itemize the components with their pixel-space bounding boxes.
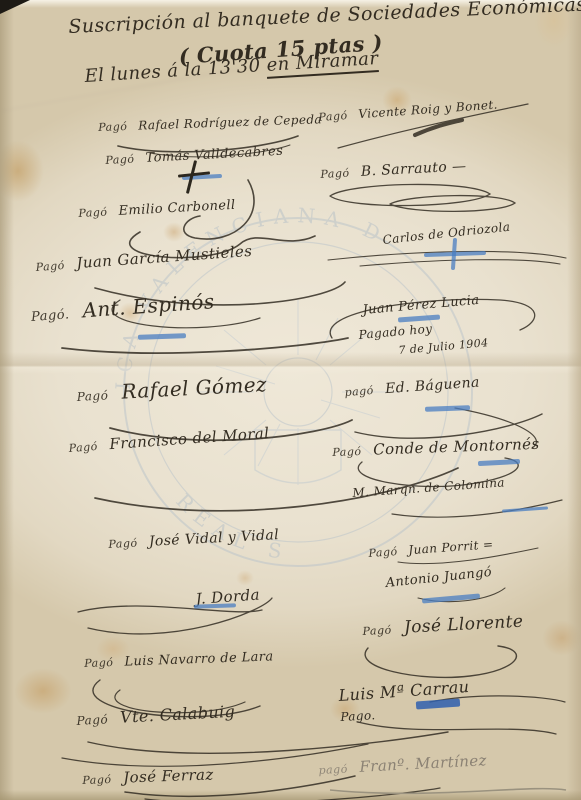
archive-ref-1: XX-63 bbox=[0, 289, 2, 330]
pago-label: Pagó bbox=[98, 120, 128, 134]
payment-note-carrau: Pago. bbox=[340, 708, 376, 724]
archive-margin-note: XX-63 C 293 bbox=[0, 238, 2, 330]
archive-ref-2: C 293 bbox=[0, 238, 2, 279]
scanned-document: ICA VALENCIANA D REAL S bbox=[0, 0, 581, 800]
